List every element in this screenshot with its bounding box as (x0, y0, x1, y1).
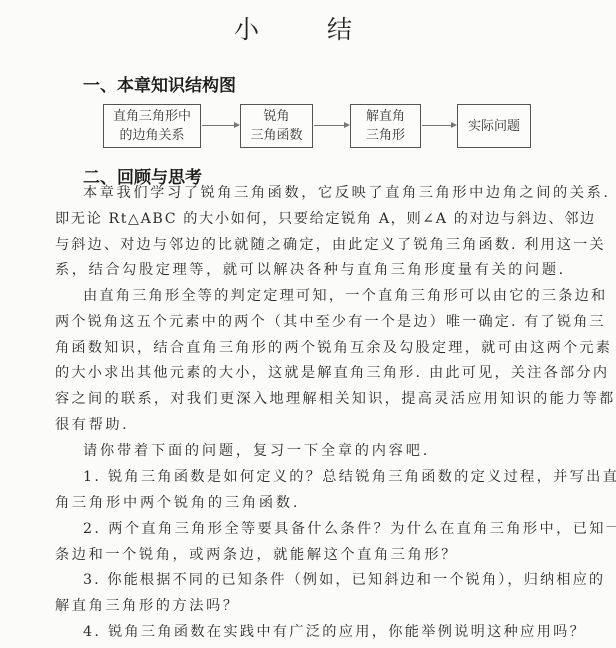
section-heading-knowledge-structure: 一、本章知识结构图 (83, 71, 236, 96)
arrow-right-icon (314, 125, 348, 126)
question-1: 1. 锐角三角函数是如何定义的？总结锐角三角函数的定义过程，并写出直 (83, 467, 595, 487)
diagram-box-side-angle-relation: 直角三角形中 的边角关系 (103, 104, 201, 148)
diagram-box-acute-trig-functions: 锐角 三角函数 (240, 104, 313, 148)
paragraph-line: 两个锐角这五个元素中的两个（其中至少有一个是边）唯一确定. 有了锐角三 (55, 312, 595, 332)
box-label-line2: 三角形 (366, 126, 405, 145)
box-label-line1: 直角三角形中 (113, 107, 191, 126)
box-label-line1: 锐角 (263, 107, 289, 126)
paragraph-line: 系，结合勾股定理等，就可以解决各种与直角三角形度量有关的问题. (55, 260, 595, 280)
paragraph-line: 本章我们学习了锐角三角函数，它反映了直角三角形中边角之间的关系. (83, 183, 595, 203)
box-label-line1: 实际问题 (468, 117, 520, 136)
arrow-right-icon (422, 125, 455, 126)
paragraph-line: 请你带着下面的问题，复习一下全章的内容吧. (83, 441, 595, 461)
box-label-line2: 的边角关系 (119, 126, 184, 145)
question-4: 4. 锐角三角函数在实践中有广泛的应用，你能举例说明这种应用吗？ (83, 622, 595, 642)
paragraph-line: 即无论 Rt△ABC 的大小如何，只要给定锐角 A，则∠A 的对边与斜边、邻边 (55, 209, 595, 229)
box-label-line1: 解直角 (366, 107, 405, 126)
diagram-box-solve-right-triangle: 解直角 三角形 (350, 104, 421, 148)
paragraph-line: 容之间的联系，对我们更深入地理解相关知识，提高灵活应用知识的能力等都 (55, 389, 595, 409)
paragraph-line: 的大小求出其他元素的大小，这就是解直角三角形. 由此可见，关注各部分内 (55, 363, 595, 383)
diagram-box-practical-problems: 实际问题 (457, 104, 531, 148)
page-title: 小 结 (0, 10, 616, 46)
question-3: 3. 你能根据不同的已知条件（例如，已知斜边和一个锐角），归纳相应的 (83, 570, 595, 590)
question-1-cont: 角三角形中两个锐角的三角函数. (55, 493, 595, 513)
arrow-right-icon (202, 125, 238, 126)
paragraph-line: 角函数知识，结合直角三角形的两个锐角互余及勾股定理，就可由这两个元素 (55, 338, 595, 358)
paragraph-line: 很有帮助. (55, 415, 595, 435)
question-2: 2. 两个直角三角形全等要具备什么条件？为什么在直角三角形中，已知一 (83, 519, 595, 539)
question-2-cont: 条边和一个锐角，或两条边，就能解这个直角三角形？ (55, 545, 595, 565)
question-3-cont: 解直角三角形的方法吗？ (55, 596, 595, 616)
paragraph-line: 由直角三角形全等的判定定理可知，一个直角三角形可以由它的三条边和 (83, 286, 595, 306)
box-label-line2: 三角函数 (250, 126, 302, 145)
paragraph-line: 与斜边、对边与邻边的比就随之确定，由此定义了锐角三角函数. 利用这一关 (55, 235, 595, 255)
